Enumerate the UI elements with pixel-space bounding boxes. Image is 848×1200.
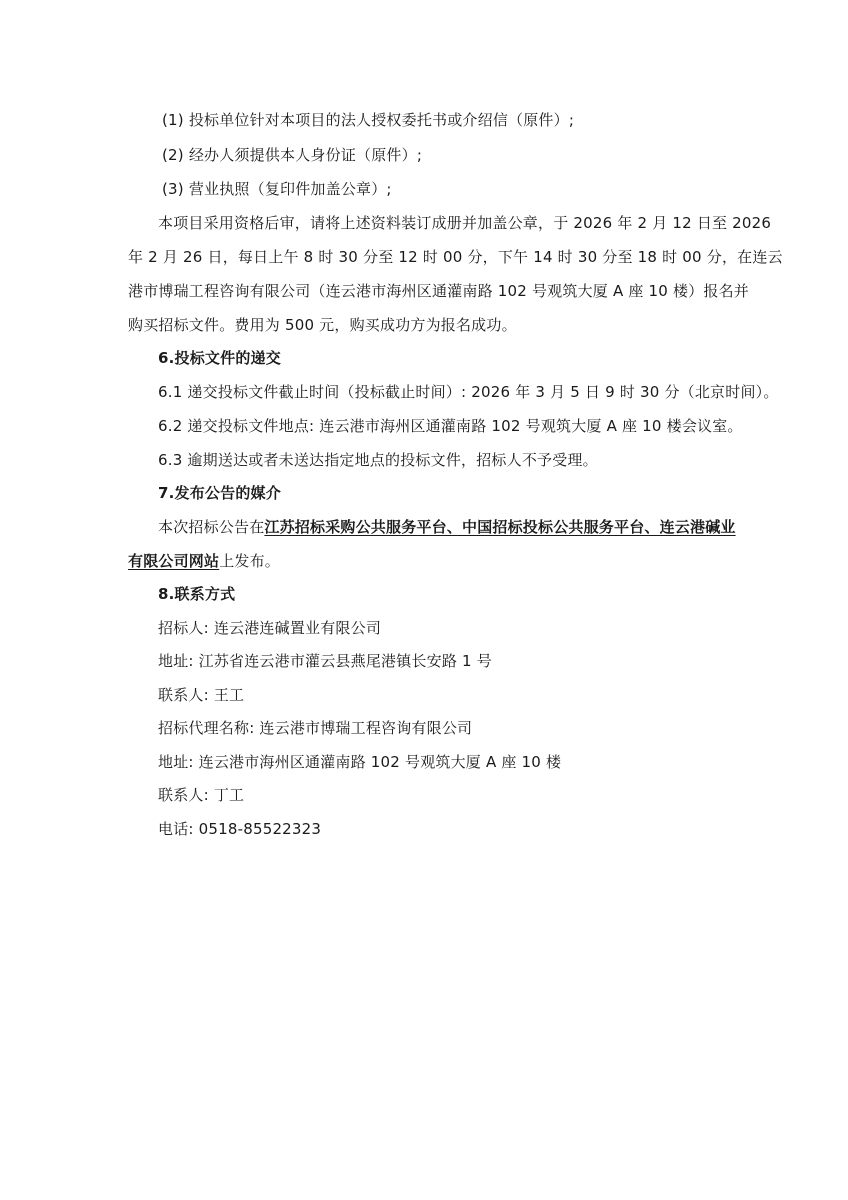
contact-tenderer: 招标人: 连云港连碱置业有限公司 [158, 618, 381, 638]
registration-line-4: 购买招标文件。费用为 500 元，购买成功方为报名成功。 [128, 315, 517, 335]
section-8-title: 8.联系方式 [158, 584, 235, 604]
requirement-2: (2) 经办人须提供本人身份证（原件）; [162, 145, 422, 165]
section-7-title: 7.发布公告的媒介 [158, 483, 281, 503]
requirement-1: (1) 投标单位针对本项目的法人授权委托书或介绍信（原件）; [162, 110, 574, 130]
contact-tenderer-address: 地址: 江苏省连云港市灌云县燕尾港镇长安路 1 号 [158, 651, 492, 671]
contact-phone: 电话: 0518-85522323 [158, 819, 321, 839]
section-7-media-paragraph-cont: 有限公司网站上发布。 [128, 551, 280, 571]
section-7-media-paragraph: 本次招标公告在江苏招标采购公共服务平台、中国招标投标公共服务平台、连云港碱业 [158, 517, 736, 537]
requirement-3: (3) 营业执照（复印件加盖公章）; [162, 179, 392, 199]
registration-line-3: 港市博瑞工程咨询有限公司（连云港市海州区通灌南路 102 号观筑大厦 A 座 1… [128, 281, 749, 301]
section-6-title: 6.投标文件的递交 [158, 348, 281, 368]
section-6-item-3: 6.3 逾期送达或者未送达指定地点的投标文件，招标人不予受理。 [158, 450, 598, 470]
media-platforms-link[interactable]: 江苏招标采购公共服务平台、中国招标投标公共服务平台、连云港碱业 [264, 518, 735, 536]
contact-agency-address: 地址: 连云港市海州区通灌南路 102 号观筑大厦 A 座 10 楼 [158, 752, 561, 772]
document-page: (1) 投标单位针对本项目的法人授权委托书或介绍信（原件）; (2) 经办人须提… [0, 0, 848, 1200]
contact-agency-name: 招标代理名称: 连云港市博瑞工程咨询有限公司 [158, 718, 472, 738]
contact-agency-person: 联系人: 丁工 [158, 785, 244, 805]
media-suffix: 上发布。 [219, 552, 280, 570]
contact-tenderer-person: 联系人: 王工 [158, 685, 244, 705]
company-website-link[interactable]: 有限公司网站 [128, 552, 219, 570]
section-6-item-2: 6.2 递交投标文件地点: 连云港市海州区通灌南路 102 号观筑大厦 A 座 … [158, 416, 743, 436]
media-prefix: 本次招标公告在 [158, 518, 264, 536]
registration-line-2: 年 2 月 26 日，每日上午 8 时 30 分至 12 时 00 分，下午 1… [128, 247, 783, 267]
section-6-item-1: 6.1 递交投标文件截止时间（投标截止时间）: 2026 年 3 月 5 日 9… [158, 382, 779, 402]
registration-line-1: 本项目采用资格后审，请将上述资料装订成册并加盖公章，于 2026 年 2 月 1… [158, 213, 771, 233]
